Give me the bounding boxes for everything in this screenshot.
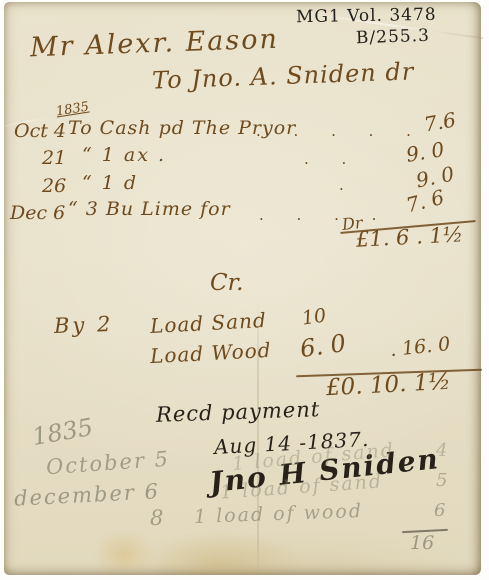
debit-row-date: Dec 6 — [10, 204, 65, 223]
pencil-item-value: 4 — [436, 442, 447, 460]
credit-row-desc: Load Sand — [150, 310, 268, 336]
scanned-document: MG1 Vol. 3478 B/255.3 Mr Alexr. Eason To… — [0, 0, 489, 580]
pencil-year: 1835 — [30, 415, 94, 449]
pencil-item: 1 load of wood — [194, 502, 364, 527]
credit-row-value: 10 — [301, 306, 328, 328]
archive-reference-note: B/255.3 — [356, 28, 430, 48]
dot-leader: . . . . . — [256, 124, 425, 139]
credit-row-value: 6. 0 — [299, 331, 348, 361]
debit-row-desc: “ 3 Bu Lime for — [68, 200, 231, 219]
pencil-total: 16 — [410, 534, 434, 553]
debit-row-amount: 7. 6 — [404, 187, 446, 216]
dot-leader: . . . . — [259, 208, 390, 223]
pencil-date: October 5 — [45, 449, 170, 479]
received-payment-line: Recd payment — [156, 399, 321, 426]
pencil-item-value: 5 — [436, 472, 447, 490]
pencil-item-value: 6 — [434, 502, 445, 520]
pencil-date: december 6 — [14, 481, 161, 510]
dot-leader: . — [339, 178, 358, 193]
dot-leader: . . — [304, 152, 360, 167]
debit-row-date: Oct 4 — [14, 122, 66, 141]
archive-volume-note: MG1 Vol. 3478 — [296, 7, 437, 26]
debit-row-desc: “ 1 d — [82, 174, 138, 193]
credit-row-extra: . 16. 0 — [389, 335, 451, 360]
debit-total-amount: £1. 6 . 1½ — [356, 224, 464, 251]
debit-row-desc: “ 1 ax . — [82, 146, 166, 165]
debit-row-amount: 7.6 — [423, 109, 458, 134]
credit-row-desc: Load Wood — [150, 340, 272, 366]
paper-sheet: MG1 Vol. 3478 B/255.3 Mr Alexr. Eason To… — [4, 2, 481, 575]
addressee-name: Mr Alexr. Eason — [30, 26, 280, 62]
account-holder-line: To Jno. A. Sniden dr — [152, 59, 415, 92]
debit-row-date: 26 — [42, 177, 66, 196]
credit-row-prefix: By 2 — [54, 314, 114, 337]
debit-row-amount: 9. 0 — [405, 139, 446, 165]
debit-year: 1835 — [55, 100, 90, 118]
debit-row-date: 21 — [42, 149, 66, 168]
pencil-date: 8 — [150, 508, 163, 529]
credit-section-label: Cr. — [210, 272, 243, 295]
credit-total-amount: £0. 10. 1½ — [325, 371, 451, 400]
